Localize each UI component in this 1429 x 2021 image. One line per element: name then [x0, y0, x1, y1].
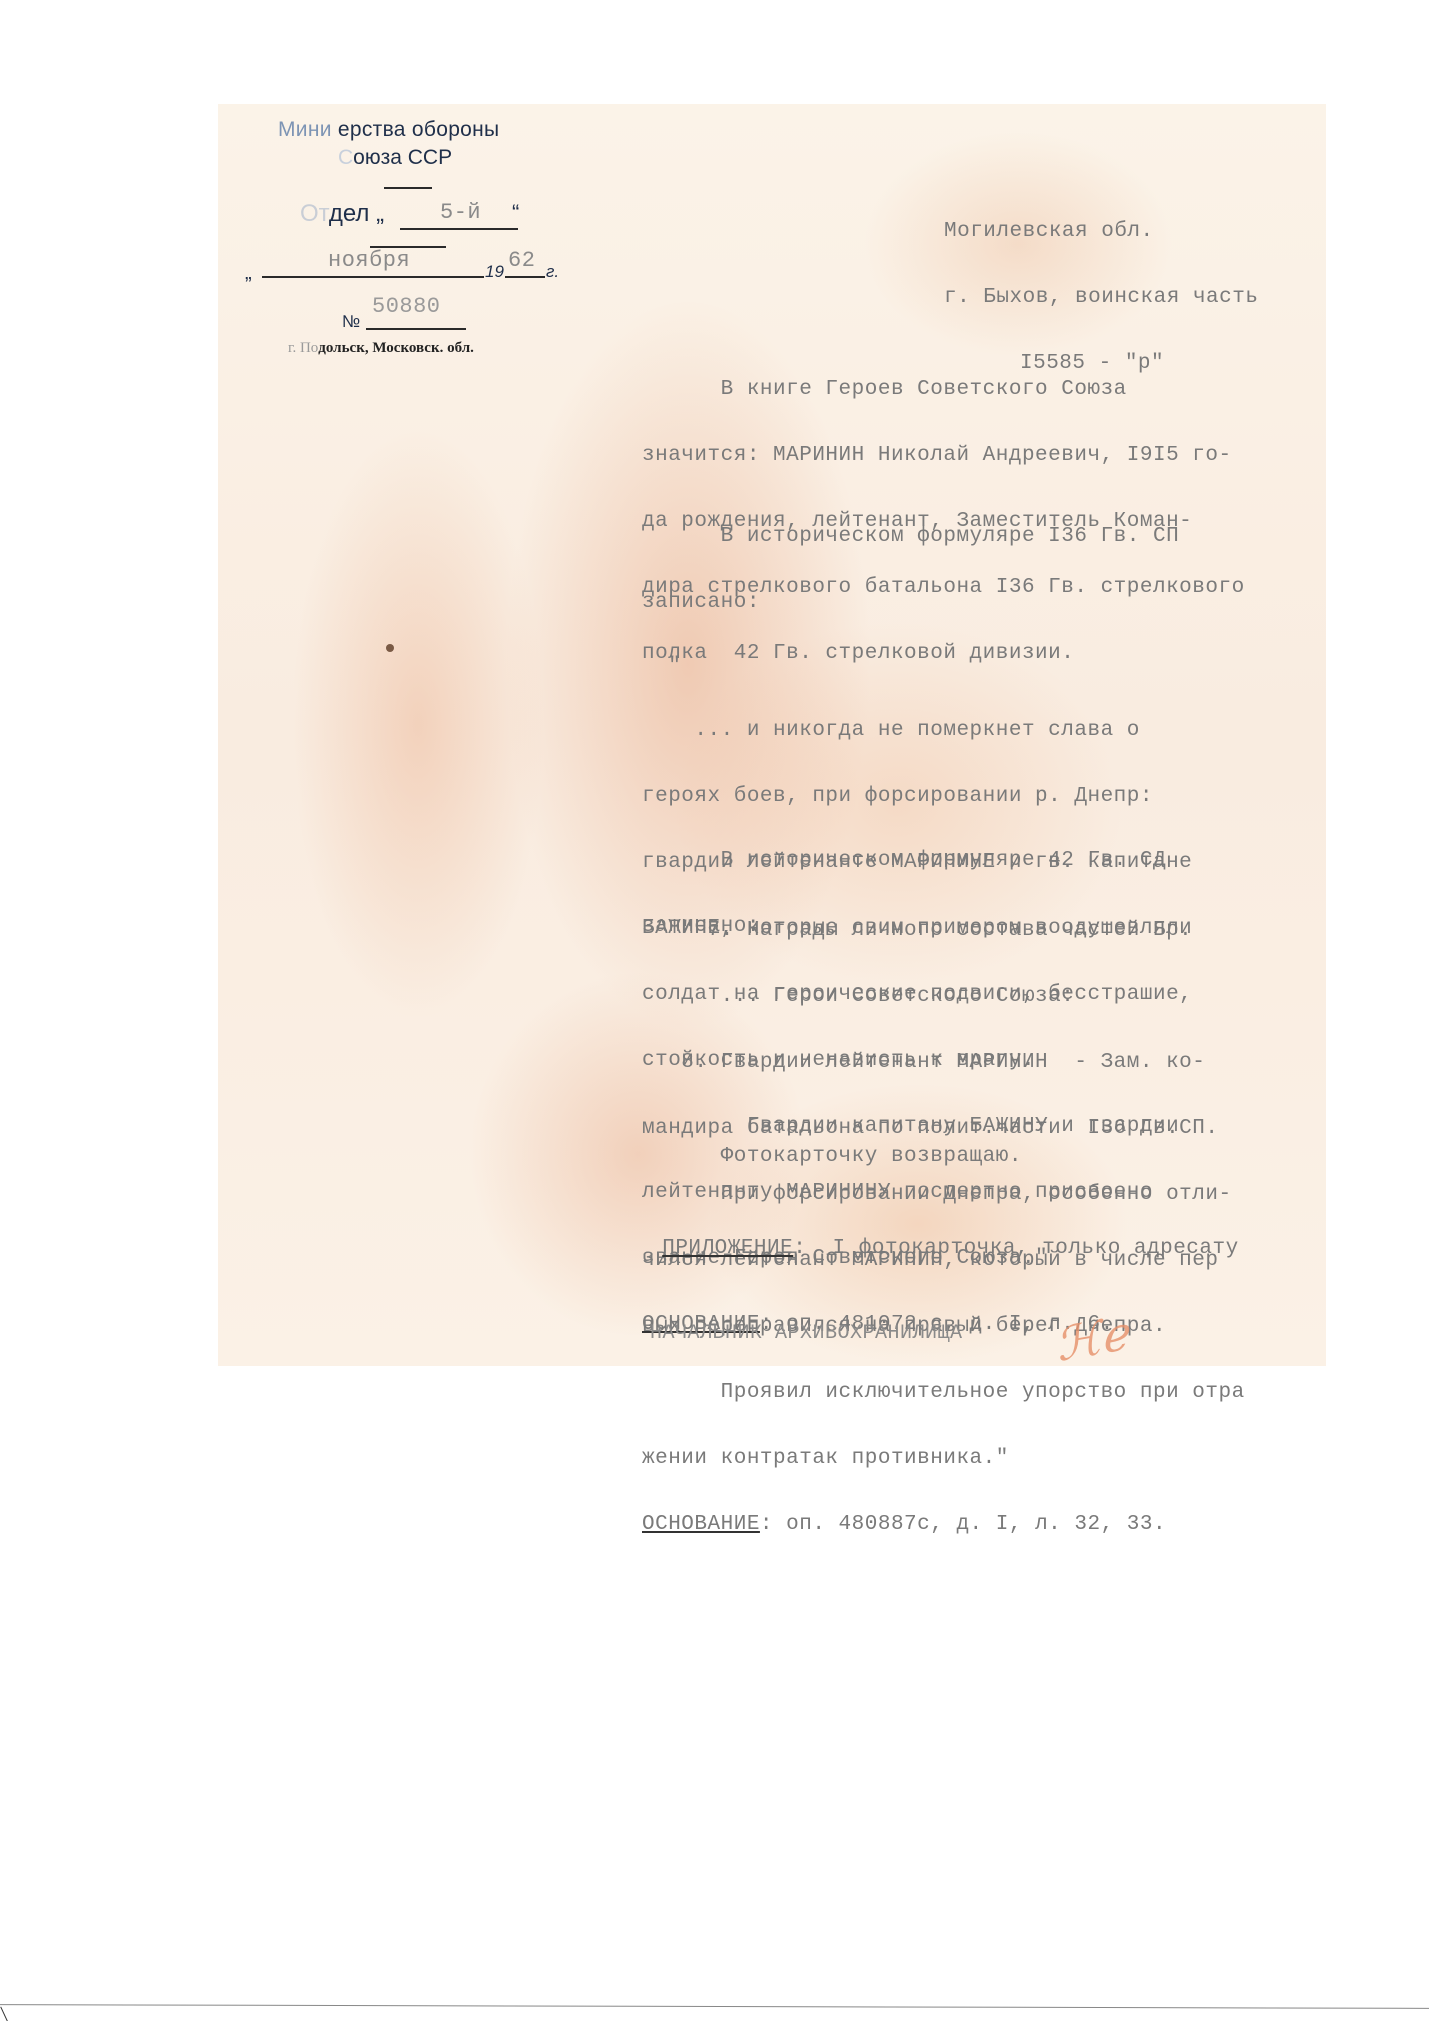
- text-line: В историческом формуляре 42 Гв. СД: [642, 850, 1166, 872]
- basis-line-2: ОСНОВАНИЕ: оп. 480887с, д. I, л. 32, 33.: [642, 1514, 1245, 1536]
- scan-edge-line: [0, 2004, 1429, 2009]
- date-open-quote: „: [245, 262, 252, 285]
- reference-number: 50880: [372, 294, 441, 319]
- text-line: Проявил исключительное упорство при отра: [642, 1382, 1245, 1404]
- stamp-ministry: Мини ерства обороны: [278, 118, 499, 142]
- text-line: мандира батальона по полит.части I36 Гв.…: [642, 1118, 1245, 1140]
- stamp-department: Отдел „: [300, 200, 384, 228]
- addressee-line: Могилевская обл.: [944, 221, 1258, 243]
- text-line: При форсировании Днепра, особенно отли-: [642, 1184, 1245, 1206]
- basis-label: ОСНОВАНИЕ: [642, 1513, 760, 1536]
- stamp-divider: [384, 187, 432, 189]
- scan-edge-corner: [0, 2007, 9, 2021]
- date-year: 62: [508, 248, 535, 273]
- text-line: " 7. Награды личного состава частей Бр.: [642, 920, 1245, 942]
- text-line: жении контратак противника.": [642, 1448, 1245, 1470]
- stamp-union-rest: оюза ССР: [353, 146, 452, 169]
- text-line: 8. Гвардии лейтенант МАРИНИН - Зам. ко-: [642, 1052, 1245, 1074]
- department-underline: [400, 228, 518, 230]
- stamp-city-rest: дольск, Московск. обл.: [318, 340, 474, 356]
- basis-text: : оп. 480887с, д. I, л. 32, 33.: [760, 1513, 1166, 1536]
- date-year-prefix: 19: [485, 262, 504, 282]
- stamp-dept-faded: От: [300, 200, 329, 227]
- number-label: №: [342, 312, 360, 332]
- date-month: ноября: [328, 248, 410, 273]
- text-line: ... и никогда не померкнет слава о: [642, 720, 1192, 742]
- department-value: 5-й: [440, 200, 481, 225]
- text-line: записано:: [642, 592, 1192, 614]
- ink-spot: [386, 644, 394, 652]
- stamp-city: г. Подольск, Московск. обл.: [288, 340, 474, 357]
- addressee-line: г. Быхов, воинская часть: [944, 287, 1258, 309]
- number-underline: [366, 328, 466, 330]
- text-line: ": [642, 658, 1192, 676]
- year-underline: [505, 276, 545, 278]
- attachment-label: ПРИЛОЖЕНИЕ: [662, 1237, 793, 1260]
- stamp-city-faded: г. По: [288, 340, 318, 356]
- attachment-text: : I фотокарточка, только адресату: [793, 1237, 1238, 1260]
- text-line: значится: МАРИНИН Николай Андреевич, I9I…: [642, 445, 1245, 467]
- text-line: героях боев, при форсировании р. Днепр:: [642, 786, 1192, 808]
- text-line: В книге Героев Советского Союза: [642, 379, 1245, 401]
- signature-title: НАЧАЛЬНИК АРХИВОХРАНИЛИЩА: [650, 1322, 963, 1345]
- text-line: ... Герои Советского Союза:: [642, 986, 1245, 1008]
- attachment-line: ПРИЛОЖЕНИЕ: I фотокарточка, только адрес…: [636, 1216, 1239, 1260]
- stamp-ministry-faded: Мини: [278, 118, 332, 141]
- stamp-dept-close: “: [512, 200, 519, 226]
- stamp-dept-label: дел „: [329, 200, 384, 227]
- date-underline: [262, 276, 484, 278]
- text-line: В историческом формуляре I36 Гв. СП: [642, 526, 1192, 548]
- date-suffix: г.: [546, 262, 559, 282]
- stamp-union-faded: С: [338, 146, 353, 169]
- stamp-union: Союза ССР: [338, 146, 452, 170]
- stamp-ministry-rest: ерства обороны: [338, 118, 500, 141]
- photo-return-line: Фотокарточку возвращаю.: [642, 1146, 1022, 1168]
